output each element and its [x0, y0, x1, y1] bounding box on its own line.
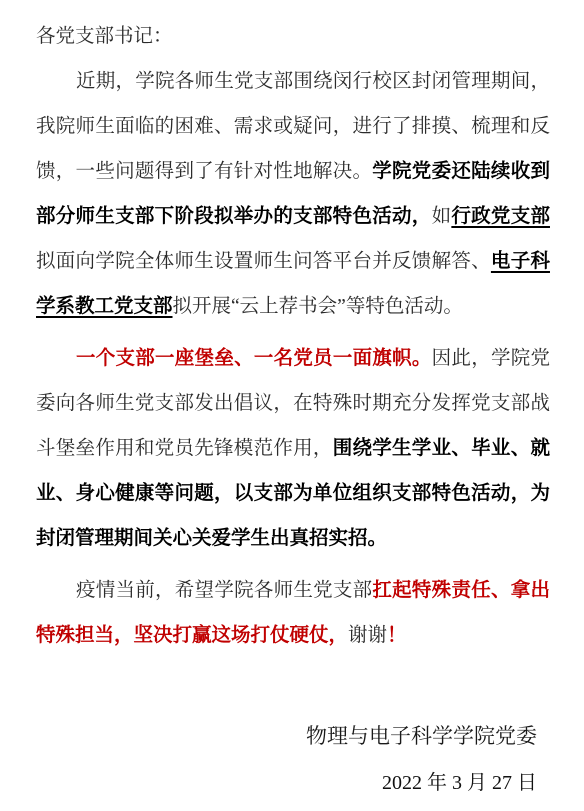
doc-line: 疫情当前，希望学院各师生党支部扛起特殊责任、拿出: [36, 568, 550, 613]
paragraph-situation: 近期，学院各师生党支部围绕闵行校区封闭管理期间， 我院师生面临的困难、需求或疑问…: [36, 59, 550, 329]
doc-line: 委向各师生党支部发出倡议，在特殊时期充分发挥党支部战: [36, 381, 550, 426]
date-text: 2022 年 3 月 27 日: [36, 761, 537, 806]
body-text-run: 馈，一些问题得到了有针对性地解决。: [36, 161, 372, 182]
bold-emphasis-run: 封闭管理期间关心关爱学生出真招实招。: [36, 528, 387, 549]
body-text-run: 如: [432, 206, 452, 227]
paragraph-closing: 疫情当前，希望学院各师生党支部扛起特殊责任、拿出 特殊担当，坚决打赢这场打仗硬仗…: [36, 568, 550, 658]
bold-emphasis-run: 围绕学生学业、毕业、就: [333, 438, 550, 459]
bold-emphasis-run: 学院党委还陆续收到: [372, 161, 550, 182]
body-text-run: 因此，学院党: [432, 348, 550, 369]
paragraph-initiative: 一个支部一座堡垒、一名党员一面旗帜。因此，学院党 委向各师生党支部发出倡议，在特…: [36, 336, 550, 561]
signature-block: 物理与电子科学学院党委 2022 年 3 月 27 日: [36, 714, 550, 806]
body-text-run: 近期，学院各师生党支部围绕闵行校区封闭管理期间，: [76, 71, 550, 92]
body-text-run: 疫情当前，希望学院各师生党支部: [76, 580, 372, 601]
underlined-branch-name: 学系教工党支部: [36, 296, 173, 317]
red-slogan-run: 一个支部一座堡垒、一名党员一面旗帜。: [76, 348, 432, 369]
underlined-branch-name: 电子科: [491, 251, 550, 272]
doc-line: 馈，一些问题得到了有针对性地解决。学院党委还陆续收到: [36, 149, 550, 194]
red-slogan-run: 特殊担当，坚决打赢这场打仗硬仗，: [36, 625, 348, 646]
salutation-text: 各党支部书记：: [36, 26, 173, 47]
doc-line: 近期，学院各师生党支部围绕闵行校区封闭管理期间，: [36, 59, 550, 104]
red-slogan-run: ！: [387, 625, 407, 646]
doc-line: 拟面向学院全体师生设置师生问答平台并反馈解答、电子科: [36, 239, 550, 284]
signature-text: 物理与电子科学学院党委: [36, 714, 537, 759]
doc-line: 部分师生支部下阶段拟举办的支部特色活动，如行政党支部: [36, 194, 550, 239]
bold-emphasis-run: 业、身心健康等问题，以支部为单位组织支部特色活动，为: [36, 483, 550, 504]
body-text-run: 谢谢: [348, 625, 387, 646]
red-slogan-run: 扛起特殊责任、拿出: [372, 580, 550, 601]
doc-line: 封闭管理期间关心关爱学生出真招实招。: [36, 516, 550, 561]
body-text-run: 斗堡垒作用和党员先锋模范作用，: [36, 438, 333, 459]
bold-emphasis-run: 部分师生支部下阶段拟举办的支部特色活动，: [36, 206, 432, 227]
salutation-line: 各党支部书记：: [36, 14, 550, 59]
doc-line: 一个支部一座堡垒、一名党员一面旗帜。因此，学院党: [36, 336, 550, 381]
doc-line: 特殊担当，坚决打赢这场打仗硬仗，谢谢！: [36, 613, 550, 658]
body-text-run: 我院师生面临的困难、需求或疑问，进行了排摸、梳理和反: [36, 116, 550, 137]
body-text-run: 委向各师生党支部发出倡议，在特殊时期充分发挥党支部战: [36, 393, 550, 414]
doc-line: 学系教工党支部拟开展“云上荐书会”等特色活动。: [36, 284, 550, 329]
body-text-run: 拟面向学院全体师生设置师生问答平台并反馈解答、: [36, 251, 491, 272]
doc-line: 我院师生面临的困难、需求或疑问，进行了排摸、梳理和反: [36, 104, 550, 149]
underlined-branch-name: 行政党支部: [451, 206, 550, 227]
salutation-paragraph: 各党支部书记：: [36, 14, 550, 59]
doc-line: 业、身心健康等问题，以支部为单位组织支部特色活动，为: [36, 471, 550, 516]
body-text-run: 拟开展“云上荐书会”等特色活动。: [173, 296, 463, 317]
doc-line: 斗堡垒作用和党员先锋模范作用，围绕学生学业、毕业、就: [36, 426, 550, 471]
notice-document-page: 各党支部书记： 近期，学院各师生党支部围绕闵行校区封闭管理期间， 我院师生面临的…: [0, 0, 584, 811]
